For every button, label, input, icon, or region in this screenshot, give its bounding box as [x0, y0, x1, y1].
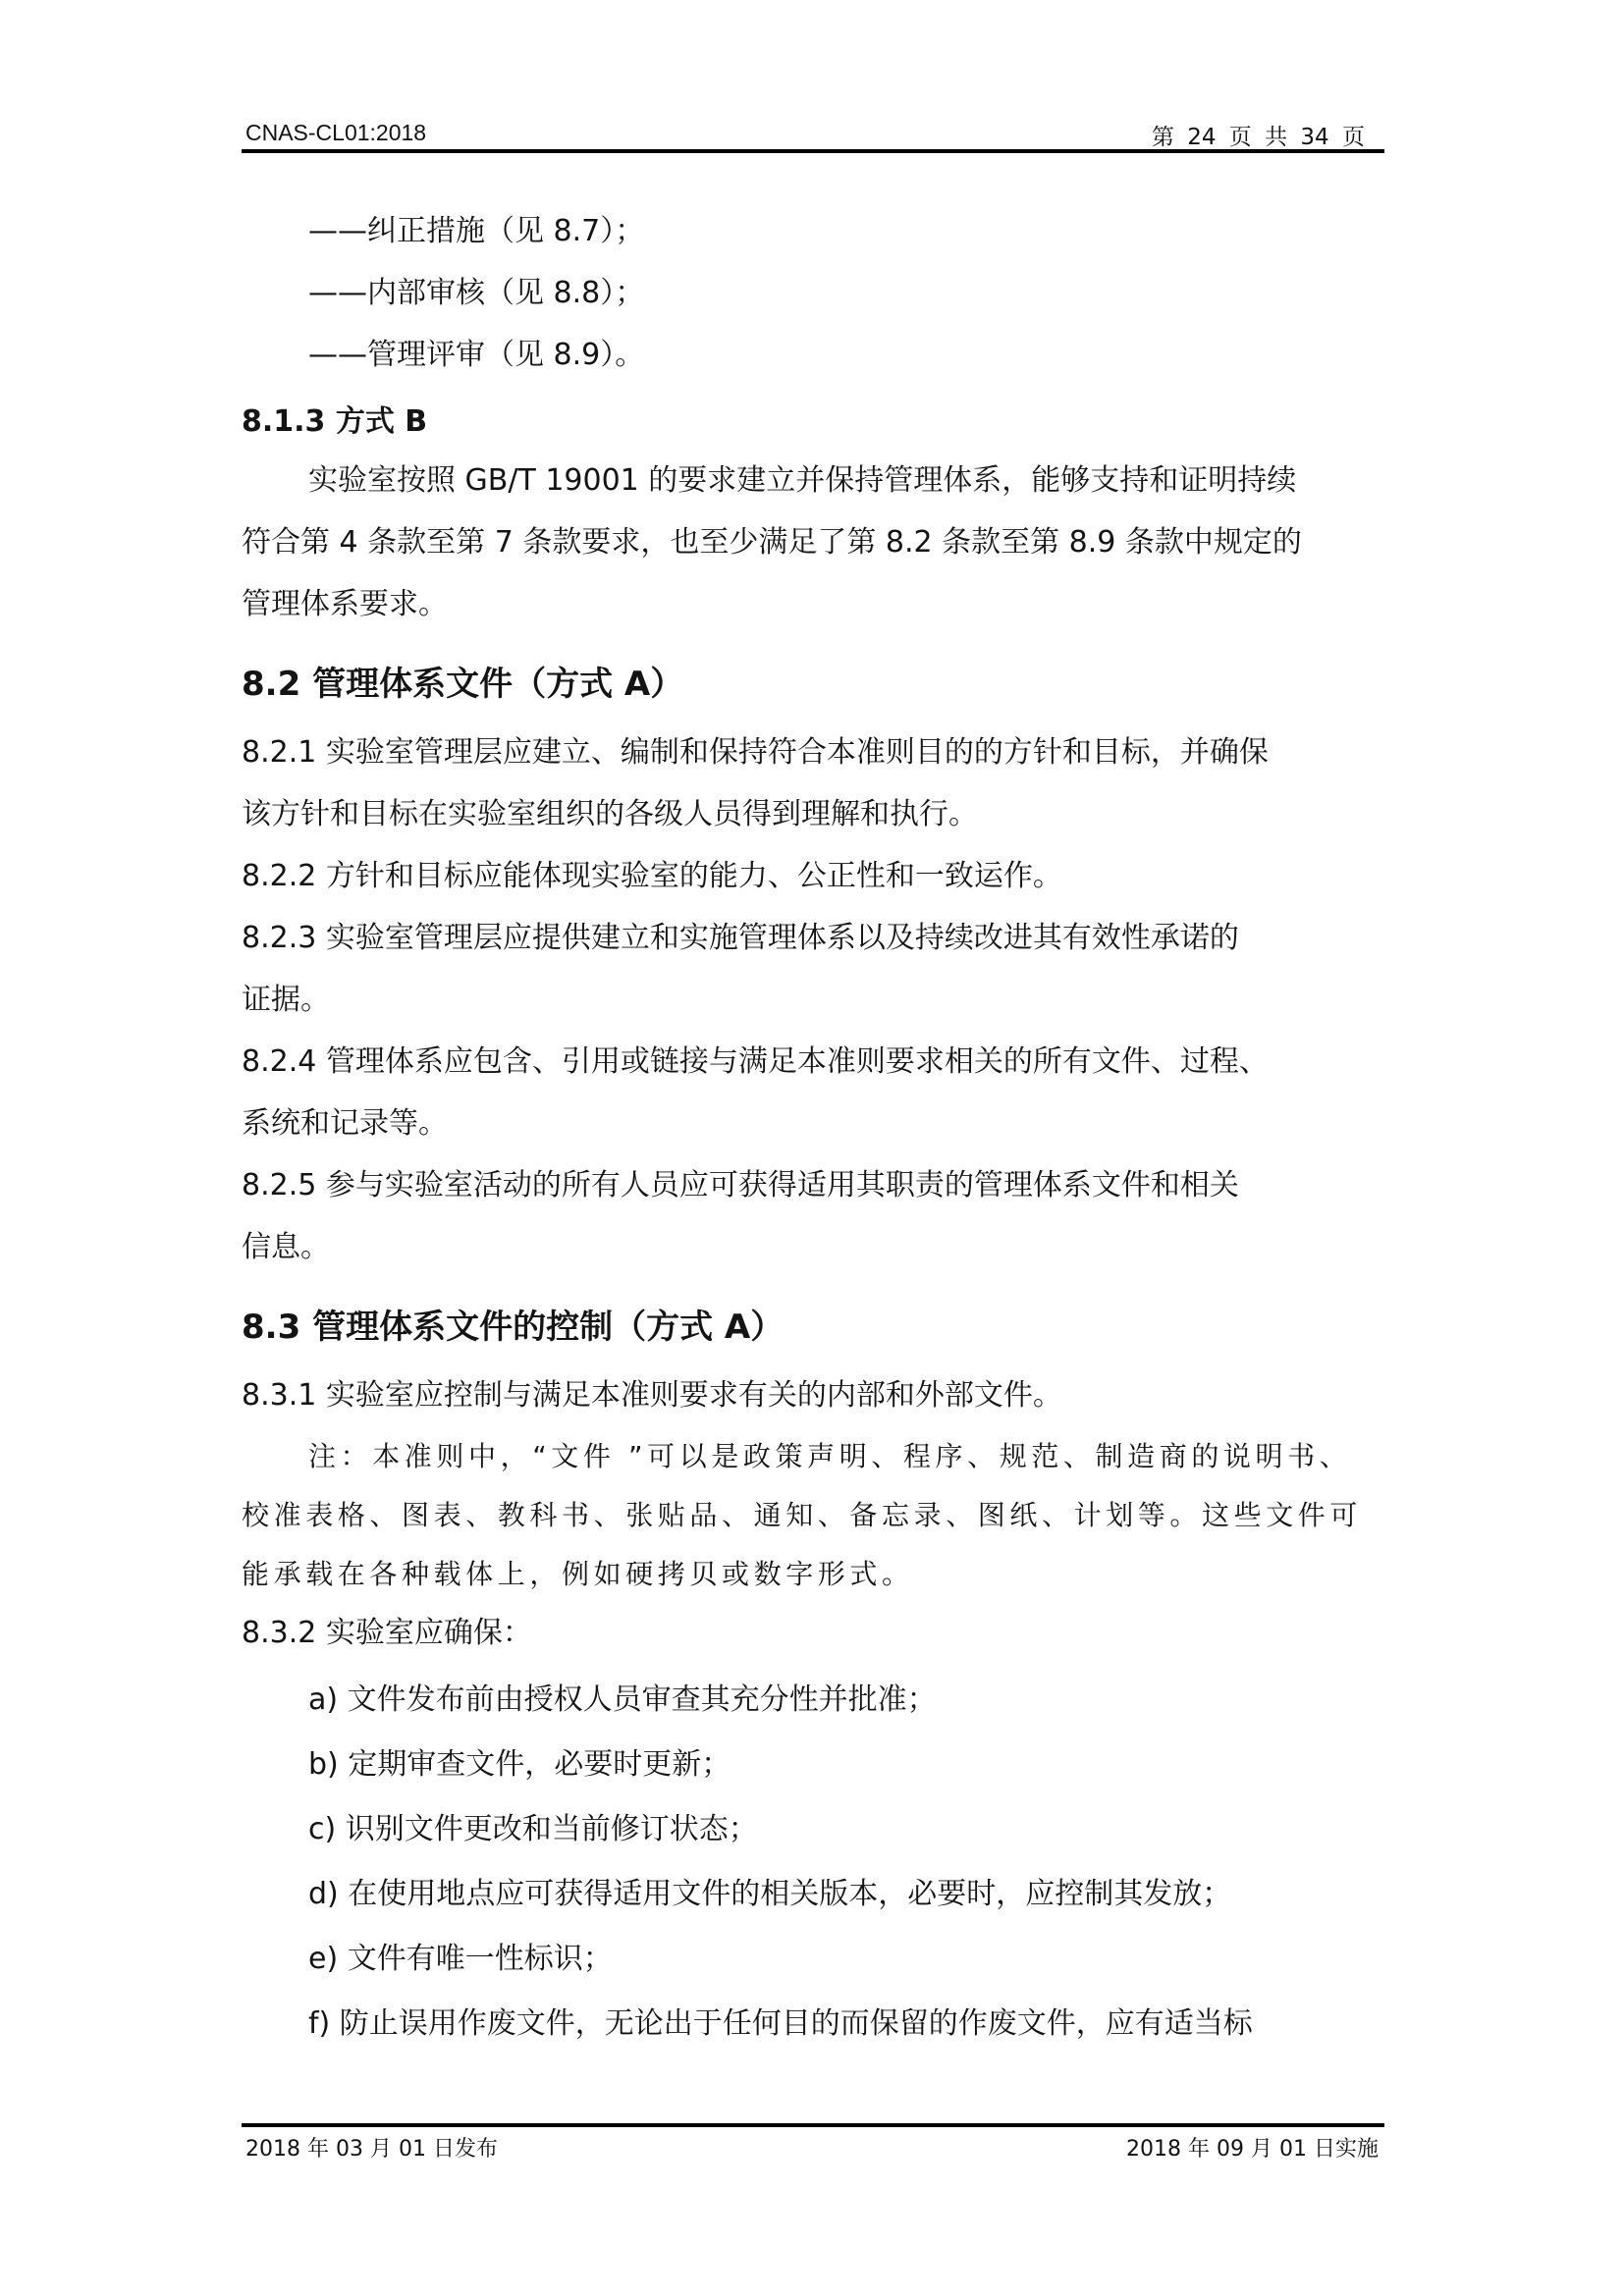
list-item: a) 文件发布前由授权人员审查其充分性并批准； — [308, 1681, 937, 1720]
paragraph-line: 符合第 4 条款至第 7 条款要求，也至少满足了第 8.2 条款至第 8.9 条… — [242, 523, 1302, 562]
note-line: 注：本准则中，“文件 ”可以是政策声明、程序、规范、制造商的说明书、 — [308, 1437, 1351, 1476]
section-heading-8-2: 8.2 管理体系文件（方式 A） — [242, 665, 683, 704]
footer-divider — [242, 2123, 1384, 2127]
paragraph-line: 管理体系要求。 — [242, 585, 448, 624]
clause-8-2-1-line: 该方针和目标在实验室组织的各级人员得到理解和执行。 — [242, 795, 978, 834]
clause-8-2-1-line: 8.2.1 实验室管理层应建立、编制和保持符合本准则目的的方针和目标，并确保 — [242, 733, 1269, 773]
issue-date: 2018 年 03 月 01 日发布 — [245, 2132, 498, 2163]
section-heading-8-1-3: 8.1.3 方式 B — [242, 402, 427, 442]
clause-8-2-4-line: 系统和记录等。 — [242, 1104, 448, 1144]
clause-8-2-5-line: 8.2.5 参与实验室活动的所有人员应可获得适用其职责的管理体系文件和相关 — [242, 1166, 1239, 1205]
section-heading-8-3: 8.3 管理体系文件的控制（方式 A） — [242, 1308, 784, 1347]
note-line: 校准表格、图表、教科书、张贴品、通知、备忘录、图纸、计划等。这些文件可 — [242, 1496, 1362, 1535]
clause-8-2-5-line: 信息。 — [242, 1228, 330, 1267]
paragraph-line: 实验室按照 GB/T 19001 的要求建立并保持管理体系，能够支持和证明持续 — [308, 461, 1296, 501]
note-line: 能承载在各种载体上，例如硬拷贝或数字形式。 — [242, 1555, 914, 1594]
effective-date: 2018 年 09 月 01 日实施 — [1126, 2132, 1379, 2163]
document-code: CNAS-CL01:2018 — [245, 120, 426, 146]
header-divider — [242, 149, 1384, 153]
list-item: f) 防止误用作废文件，无论出于任何目的而保留的作废文件，应有适当标 — [308, 2004, 1253, 2044]
page-indicator: 第 24 页 共 34 页 — [1152, 119, 1365, 151]
clause-8-3-2: 8.3.2 实验室应确保： — [242, 1614, 532, 1653]
dash-item: ——纠正措施（见 8.7）； — [308, 212, 644, 251]
page-footer: 2018 年 03 月 01 日发布 2018 年 09 月 01 日实施 — [242, 2132, 1384, 2162]
clause-8-2-4-line: 8.2.4 管理体系应包含、引用或链接与满足本准则要求相关的所有文件、过程、 — [242, 1042, 1269, 1082]
dash-item: ——内部审核（见 8.8）； — [308, 274, 644, 313]
list-item: d) 在使用地点应可获得适用文件的相关版本，必要时，应控制其发放； — [308, 1875, 1231, 1914]
clause-8-3-1: 8.3.1 实验室应控制与满足本准则要求有关的内部和外部文件。 — [242, 1376, 1062, 1415]
list-item: e) 文件有唯一性标识； — [308, 1940, 613, 1979]
clause-8-2-2: 8.2.2 方针和目标应能体现实验室的能力、公正性和一致运作。 — [242, 857, 1062, 896]
clause-8-2-3-line: 证据。 — [242, 981, 330, 1020]
dash-item: ——管理评审（见 8.9）。 — [308, 336, 644, 375]
clause-8-2-3-line: 8.2.3 实验室管理层应提供建立和实施管理体系以及持续改进其有效性承诺的 — [242, 919, 1239, 958]
list-item: c) 识别文件更改和当前修订状态； — [308, 1810, 758, 1849]
list-item: b) 定期审查文件，必要时更新； — [308, 1745, 731, 1785]
page-header: CNAS-CL01:2018 第 24 页 共 34 页 — [242, 116, 1384, 151]
